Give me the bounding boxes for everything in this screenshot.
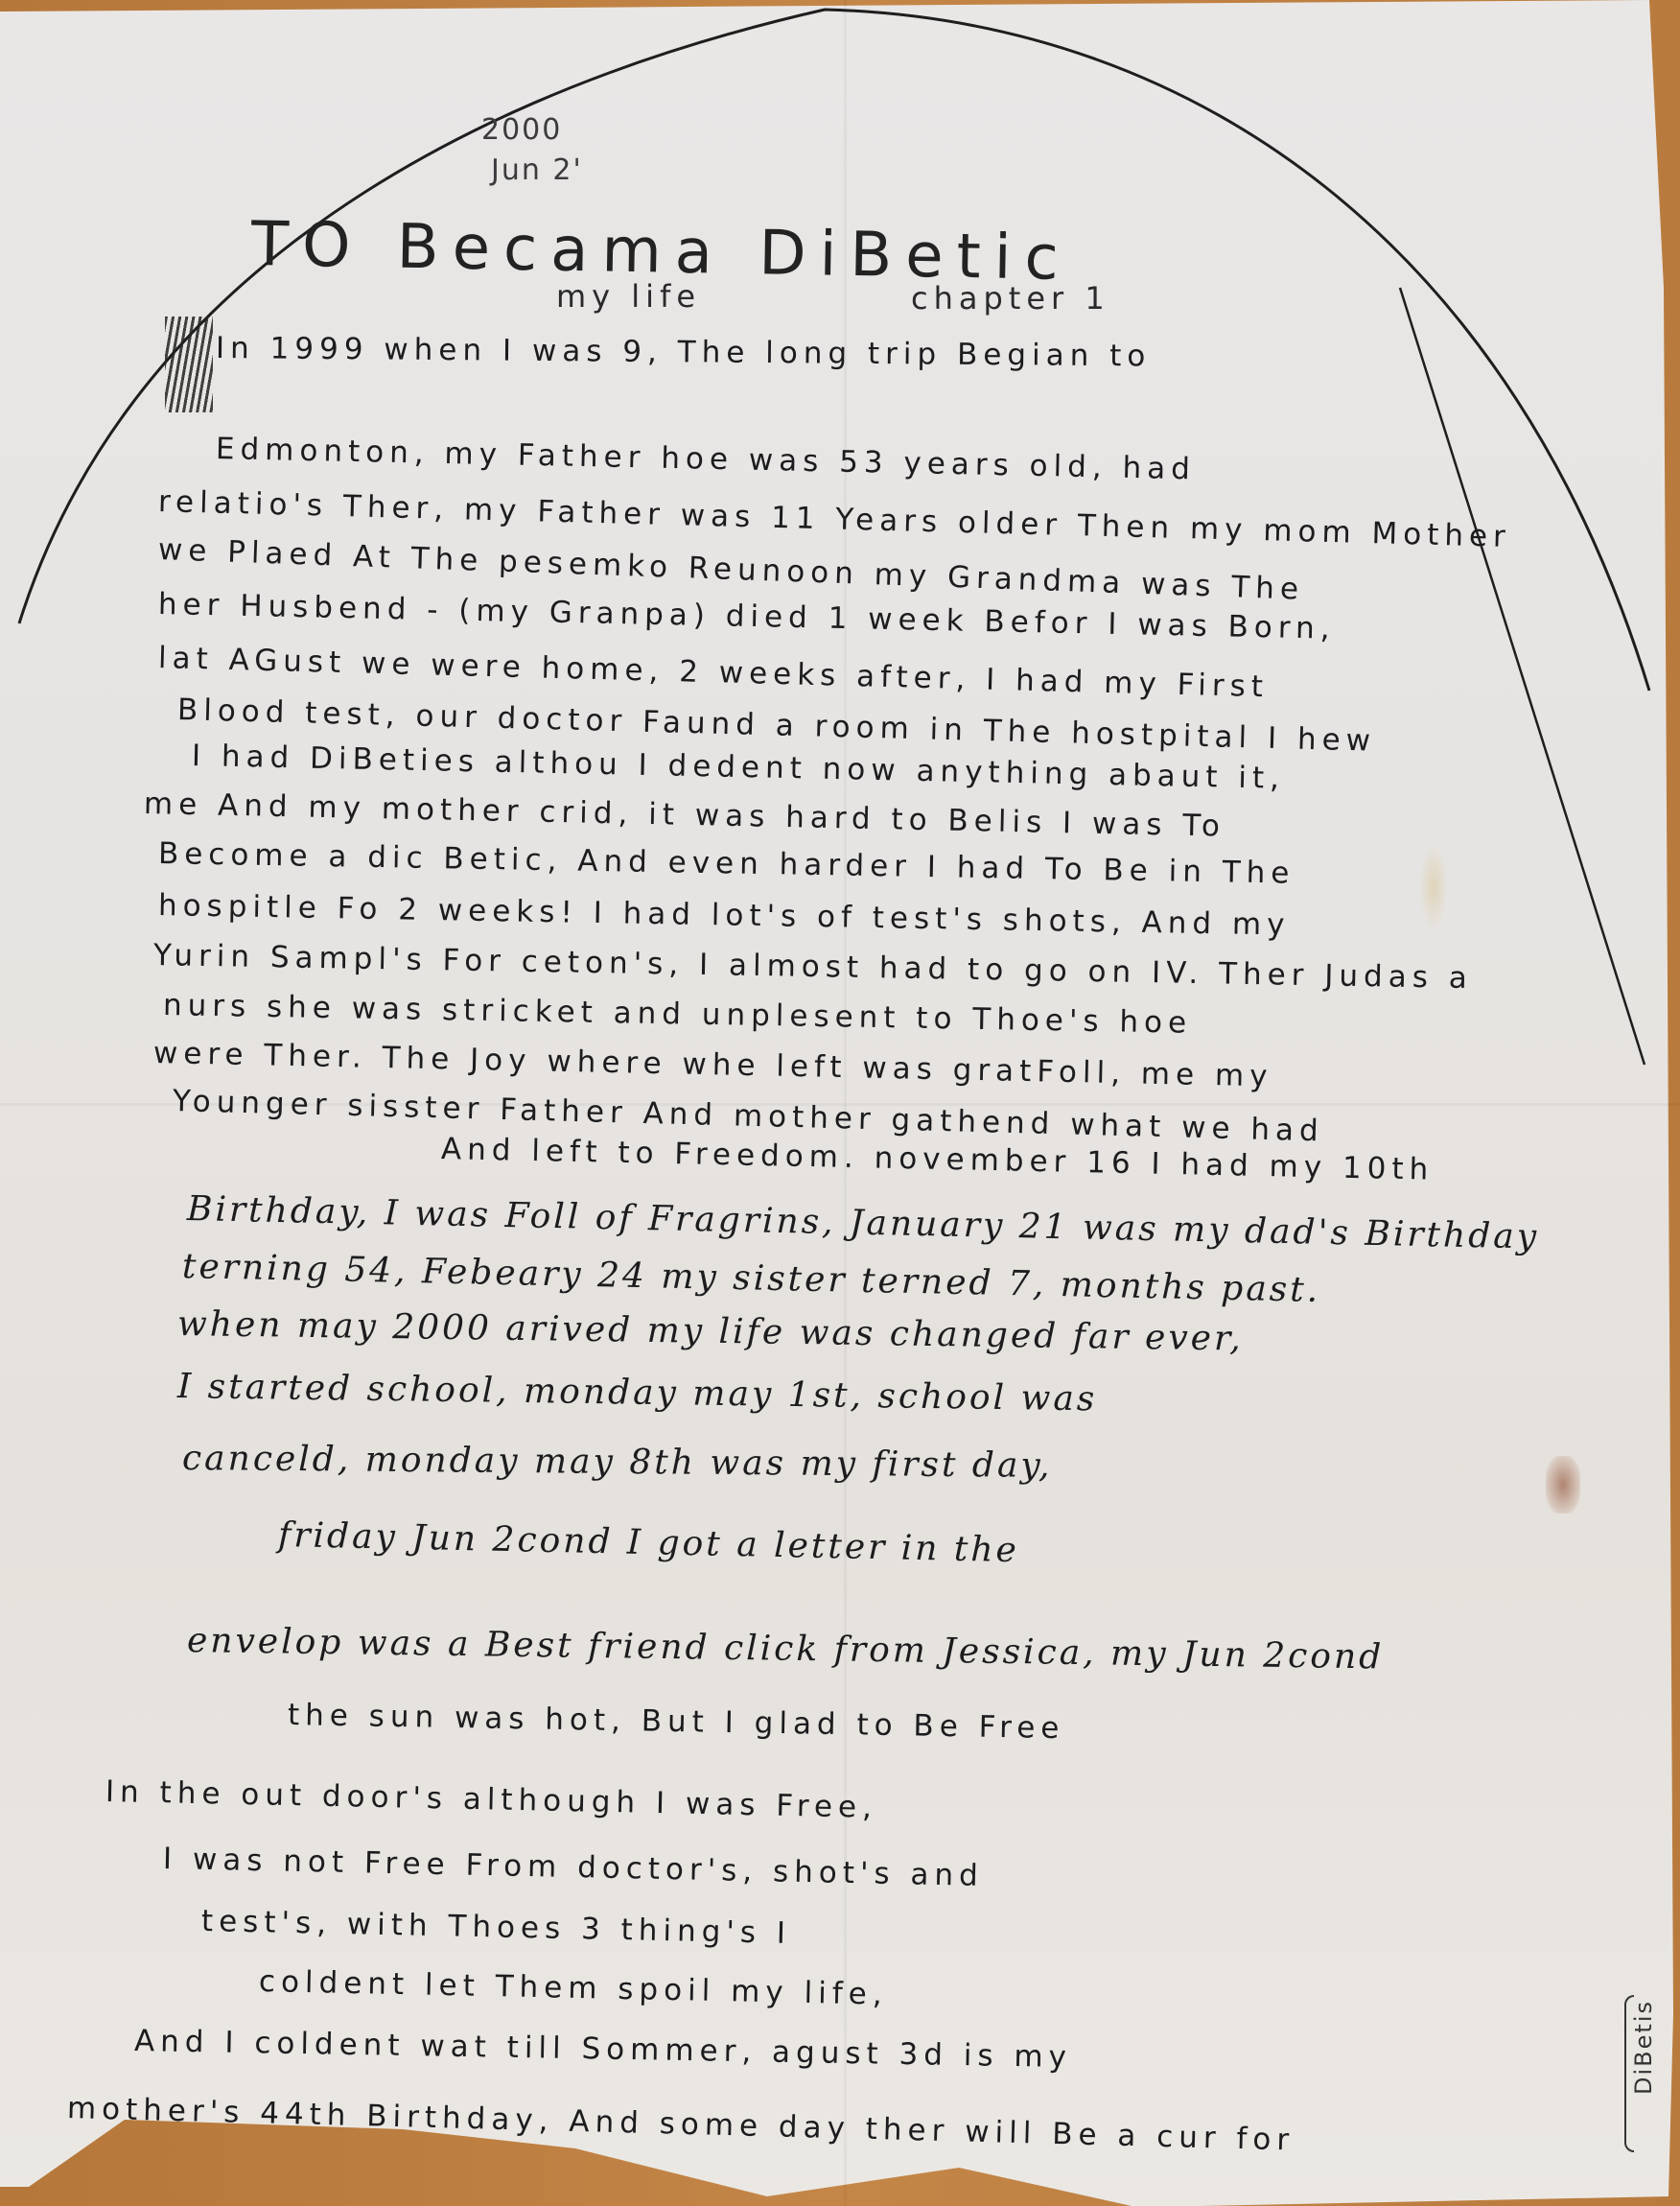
margin-note: DiBetis — [1630, 2000, 1657, 2095]
date-note-year: 2000 — [481, 113, 562, 147]
stain-mark — [1546, 1456, 1580, 1514]
subtitle: my life — [556, 278, 701, 315]
stain-mark — [1419, 844, 1448, 930]
drop-cap-letter-i — [165, 317, 213, 412]
date-note-day: Jun 2' — [491, 153, 583, 187]
chapter-label: chapter 1 — [911, 280, 1110, 317]
handwritten-line: canceld, monday may 8th was my first day… — [182, 1439, 1053, 1486]
